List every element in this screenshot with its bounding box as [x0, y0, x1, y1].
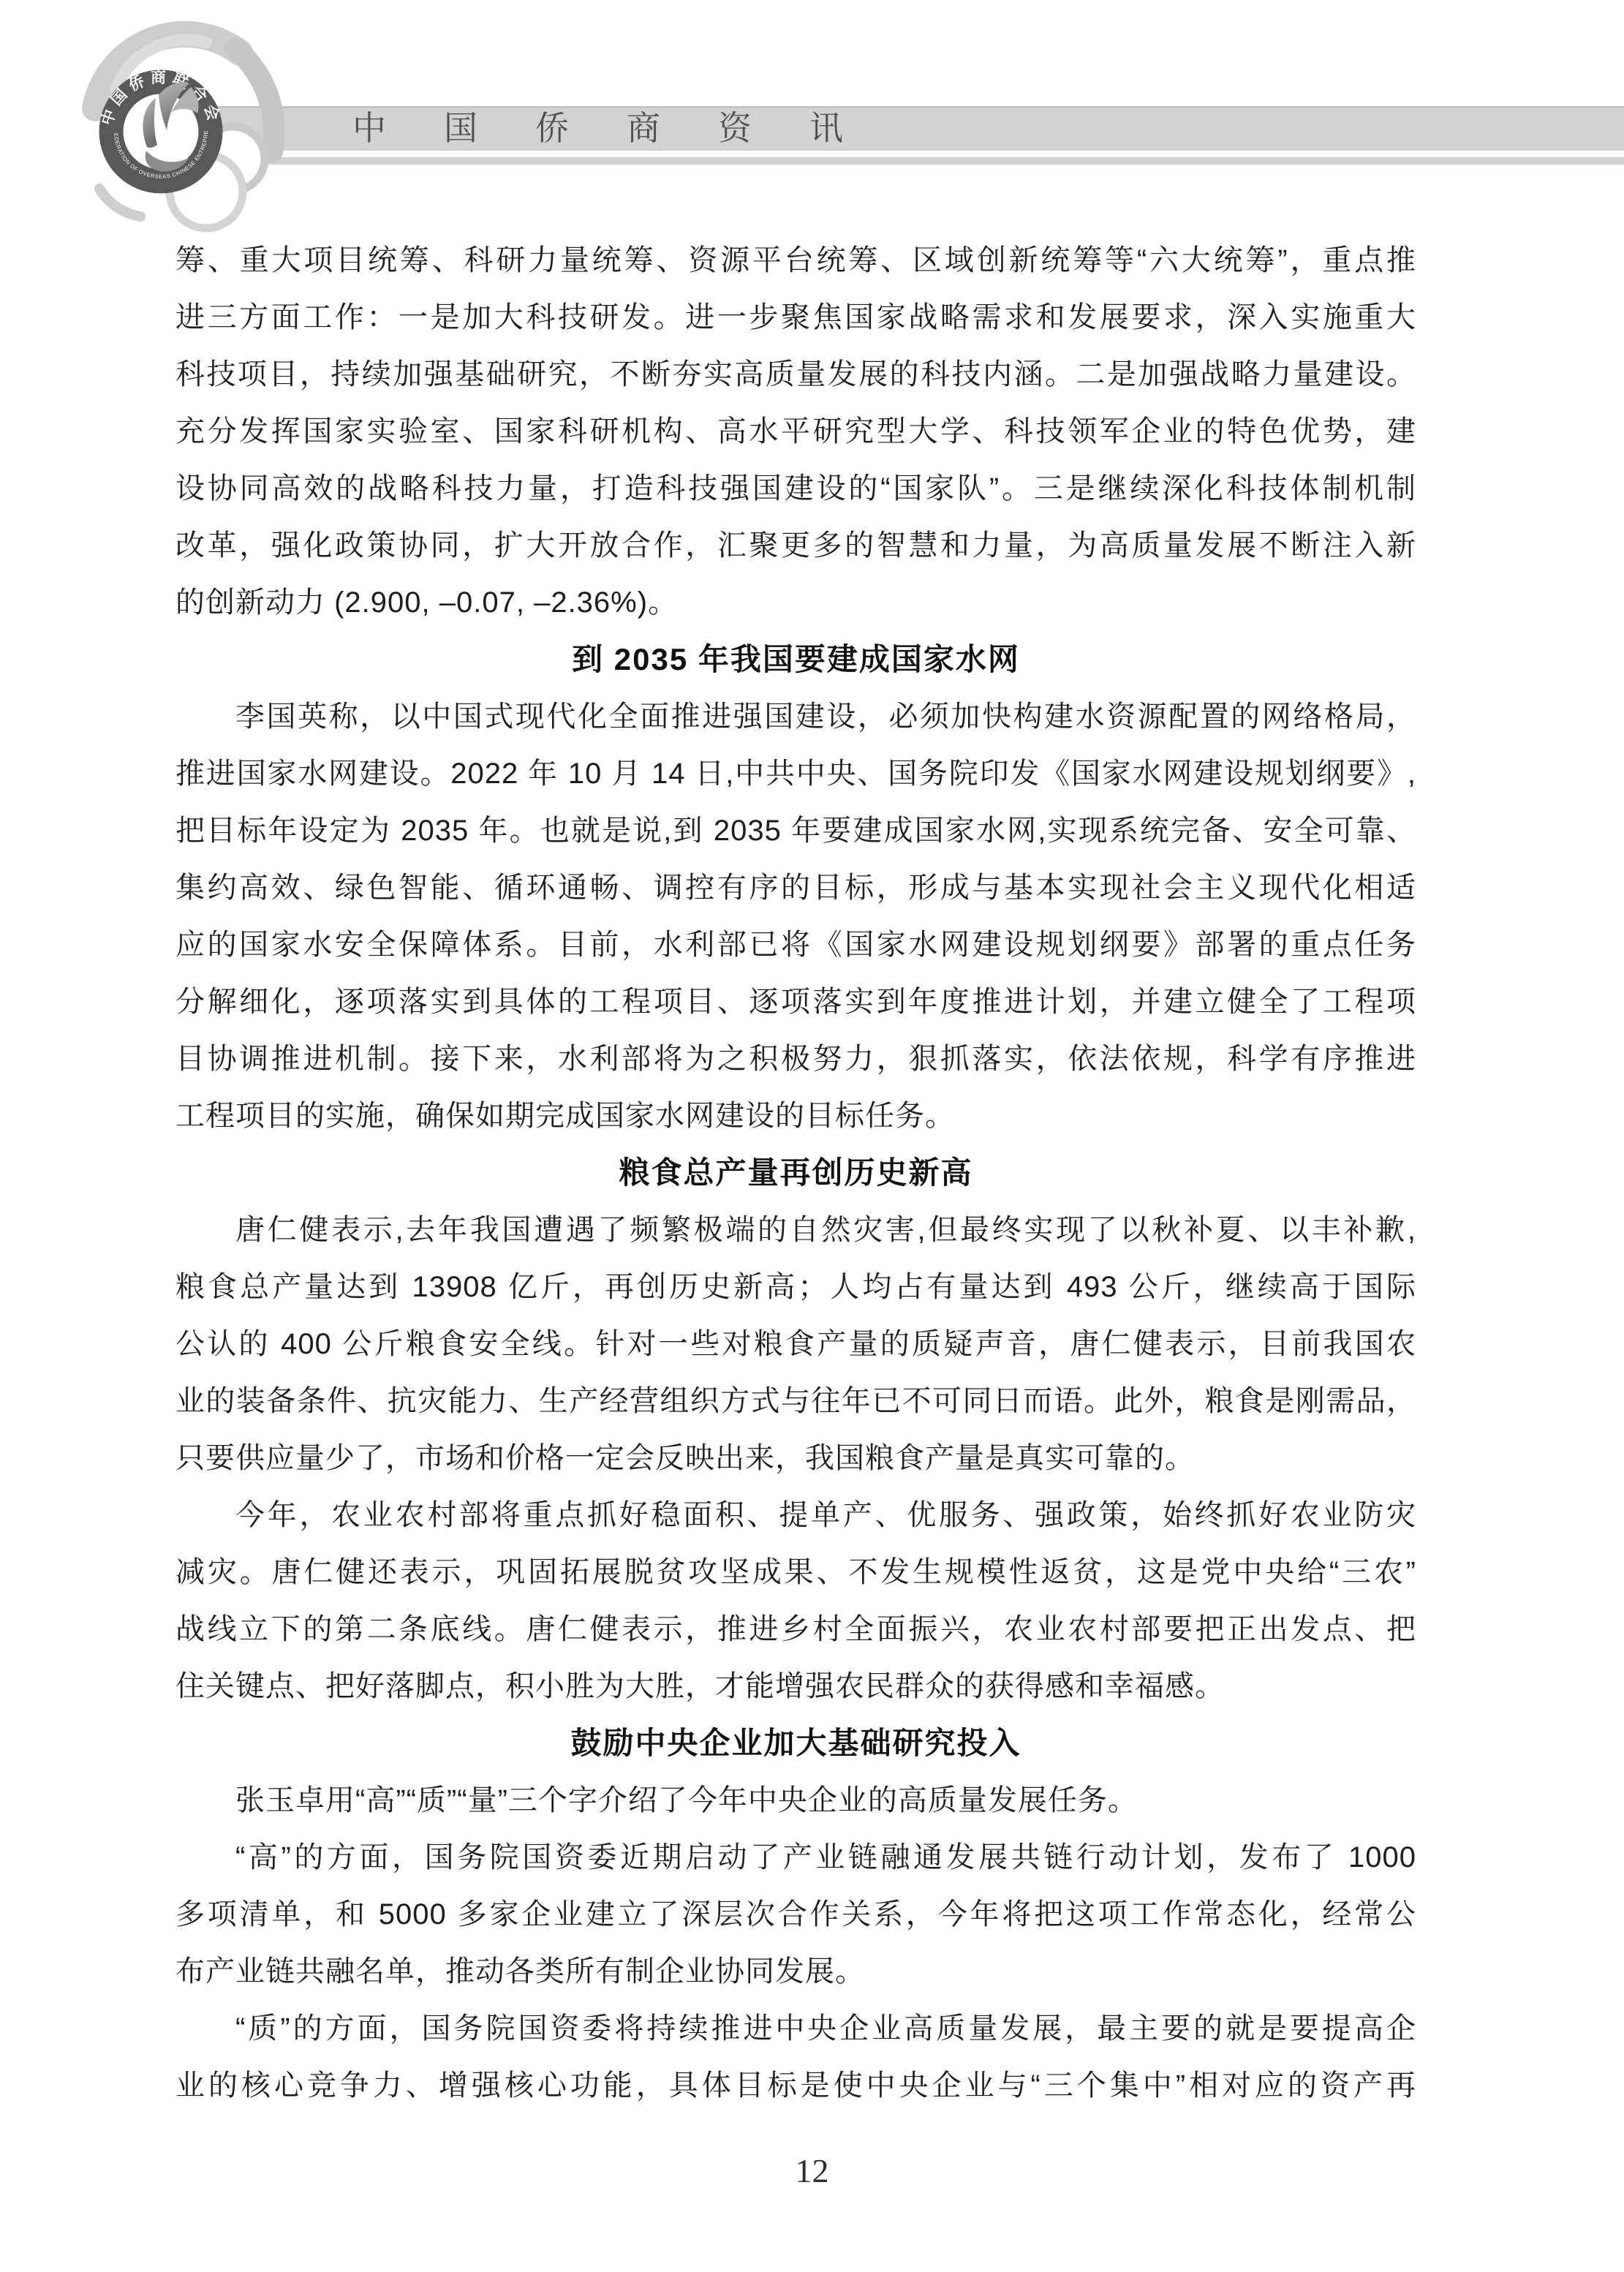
section-heading: 粮食总产量再创历史新高 — [175, 1144, 1416, 1201]
body-line: 今年，农业农村部将重点抓好稳面积、提单产、优服务、强政策，始终抓好农业防灾 — [175, 1487, 1416, 1544]
body-line: 粮食总产量达到 13908 亿斤，再创历史新高；人均占有量达到 493 公斤，继… — [175, 1258, 1416, 1316]
body-line: 推进国家水网建设。2022 年 10 月 14 日,中共中央、国务院印发《国家水… — [175, 745, 1416, 802]
body-line: 减灾。唐仁健还表示，巩固拓展脱贫攻坚成果、不发生规模性返贫，这是党中央给“三农” — [175, 1544, 1416, 1601]
body-line: 张玉卓用“高”“质”“量”三个字介绍了今年中央企业的高质量发展任务。 — [175, 1772, 1416, 1829]
body-line: 目协调推进机制。接下来，水利部将为之积极努力，狠抓落实，依法依规，科学有序推进 — [175, 1030, 1416, 1087]
page-number: 12 — [0, 2151, 1624, 2190]
section-heading: 到 2035 年我国要建成国家水网 — [175, 631, 1416, 688]
body-line: 多项清单，和 5000 多家企业建立了深层次合作关系，今年将把这项工作常态化，经… — [175, 1886, 1416, 1943]
federation-logo: 中国侨商联合会 CHINA FEDERATION OF OVERSEAS CHI… — [51, 15, 292, 263]
body-line: 的创新动力 (2.900, –0.07, –2.36%)。 — [175, 574, 1416, 631]
body-line: 改革，强化政策协同，扩大开放合作，汇聚更多的智慧和力量，为高质量发展不断注入新 — [175, 517, 1416, 574]
body-line: 集约高效、绿色智能、循环通畅、调控有序的目标，形成与基本实现社会主义现代化相适 — [175, 859, 1416, 916]
body-line: 科技项目，持续加强基础研究，不断夯实高质量发展的科技内涵。二是加强战略力量建设。 — [175, 346, 1416, 403]
body-line: 住关键点、把好落脚点，积小胜为大胜，才能增强农民群众的获得感和幸福感。 — [175, 1658, 1416, 1715]
body-line: 把目标年设定为 2035 年。也就是说,到 2035 年要建成国家水网,实现系统… — [175, 802, 1416, 859]
body-line: 设协同高效的战略科技力量，打造科技强国建设的“国家队”。三是继续深化科技体制机制 — [175, 460, 1416, 517]
header-banner-underline — [216, 157, 1624, 165]
body-line: 进三方面工作：一是加大科技研发。进一步聚焦国家战略需求和发展要求，深入实施重大 — [175, 289, 1416, 346]
body-line: 战线立下的第二条底线。唐仁健表示，推进乡村全面振兴，农业农村部要把正出发点、把 — [175, 1601, 1416, 1658]
body-line: 工程项目的实施，确保如期完成国家水网建设的目标任务。 — [175, 1087, 1416, 1144]
body-line: “高”的方面，国务院国资委近期启动了产业链融通发展共链行动计划，发布了 1000 — [175, 1829, 1416, 1886]
body-line: 李国英称，以中国式现代化全面推进强国建设，必须加快构建水资源配置的网络格局， — [175, 688, 1416, 745]
body-line: 应的国家水安全保障体系。目前，水利部已将《国家水网建设规划纲要》部署的重点任务 — [175, 916, 1416, 973]
banner-title: 中国侨商资讯 — [352, 106, 901, 151]
content-blocks: 筹、重大项目统筹、科研力量统筹、资源平台统筹、区域创新统筹等“六大统筹”，重点推… — [175, 232, 1416, 2114]
body-line: 布产业链共融名单，推动各类所有制企业协同发展。 — [175, 1943, 1416, 2000]
body-line: 业的装备条件、抗灾能力、生产经营组织方式与往年已不可同日而语。此外，粮食是刚需品… — [175, 1373, 1416, 1430]
body-line: 公认的 400 公斤粮食安全线。针对一些对粮食产量的质疑声音，唐仁健表示，目前我… — [175, 1316, 1416, 1373]
body-line: 充分发挥国家实验室、国家科研机构、高水平研究型大学、科技领军企业的特色优势，建 — [175, 403, 1416, 460]
body-line: 分解细化，逐项落实到具体的工程项目、逐项落实到年度推进计划，并建立健全了工程项 — [175, 973, 1416, 1030]
federation-logo-graphic: 中国侨商联合会 CHINA FEDERATION OF OVERSEAS CHI… — [51, 15, 292, 263]
body-line: “质”的方面，国务院国资委将持续推进中央企业高质量发展，最主要的就是要提高企 — [175, 2000, 1416, 2057]
section-heading: 鼓励中央企业加大基础研究投入 — [175, 1715, 1416, 1772]
document-page: 中国侨商资讯 — [0, 0, 1624, 2272]
body-line: 筹、重大项目统筹、科研力量统筹、资源平台统筹、区域创新统筹等“六大统筹”，重点推 — [175, 232, 1416, 289]
body-line: 唐仁健表示,去年我国遭遇了频繁极端的自然灾害,但最终实现了以秋补夏、以丰补歉, — [175, 1201, 1416, 1258]
body-line: 业的核心竞争力、增强核心功能，具体目标是使中央企业与“三个集中”相对应的资产再 — [175, 2057, 1416, 2114]
body-line: 只要供应量少了，市场和价格一定会反映出来，我国粮食产量是真实可靠的。 — [175, 1430, 1416, 1487]
